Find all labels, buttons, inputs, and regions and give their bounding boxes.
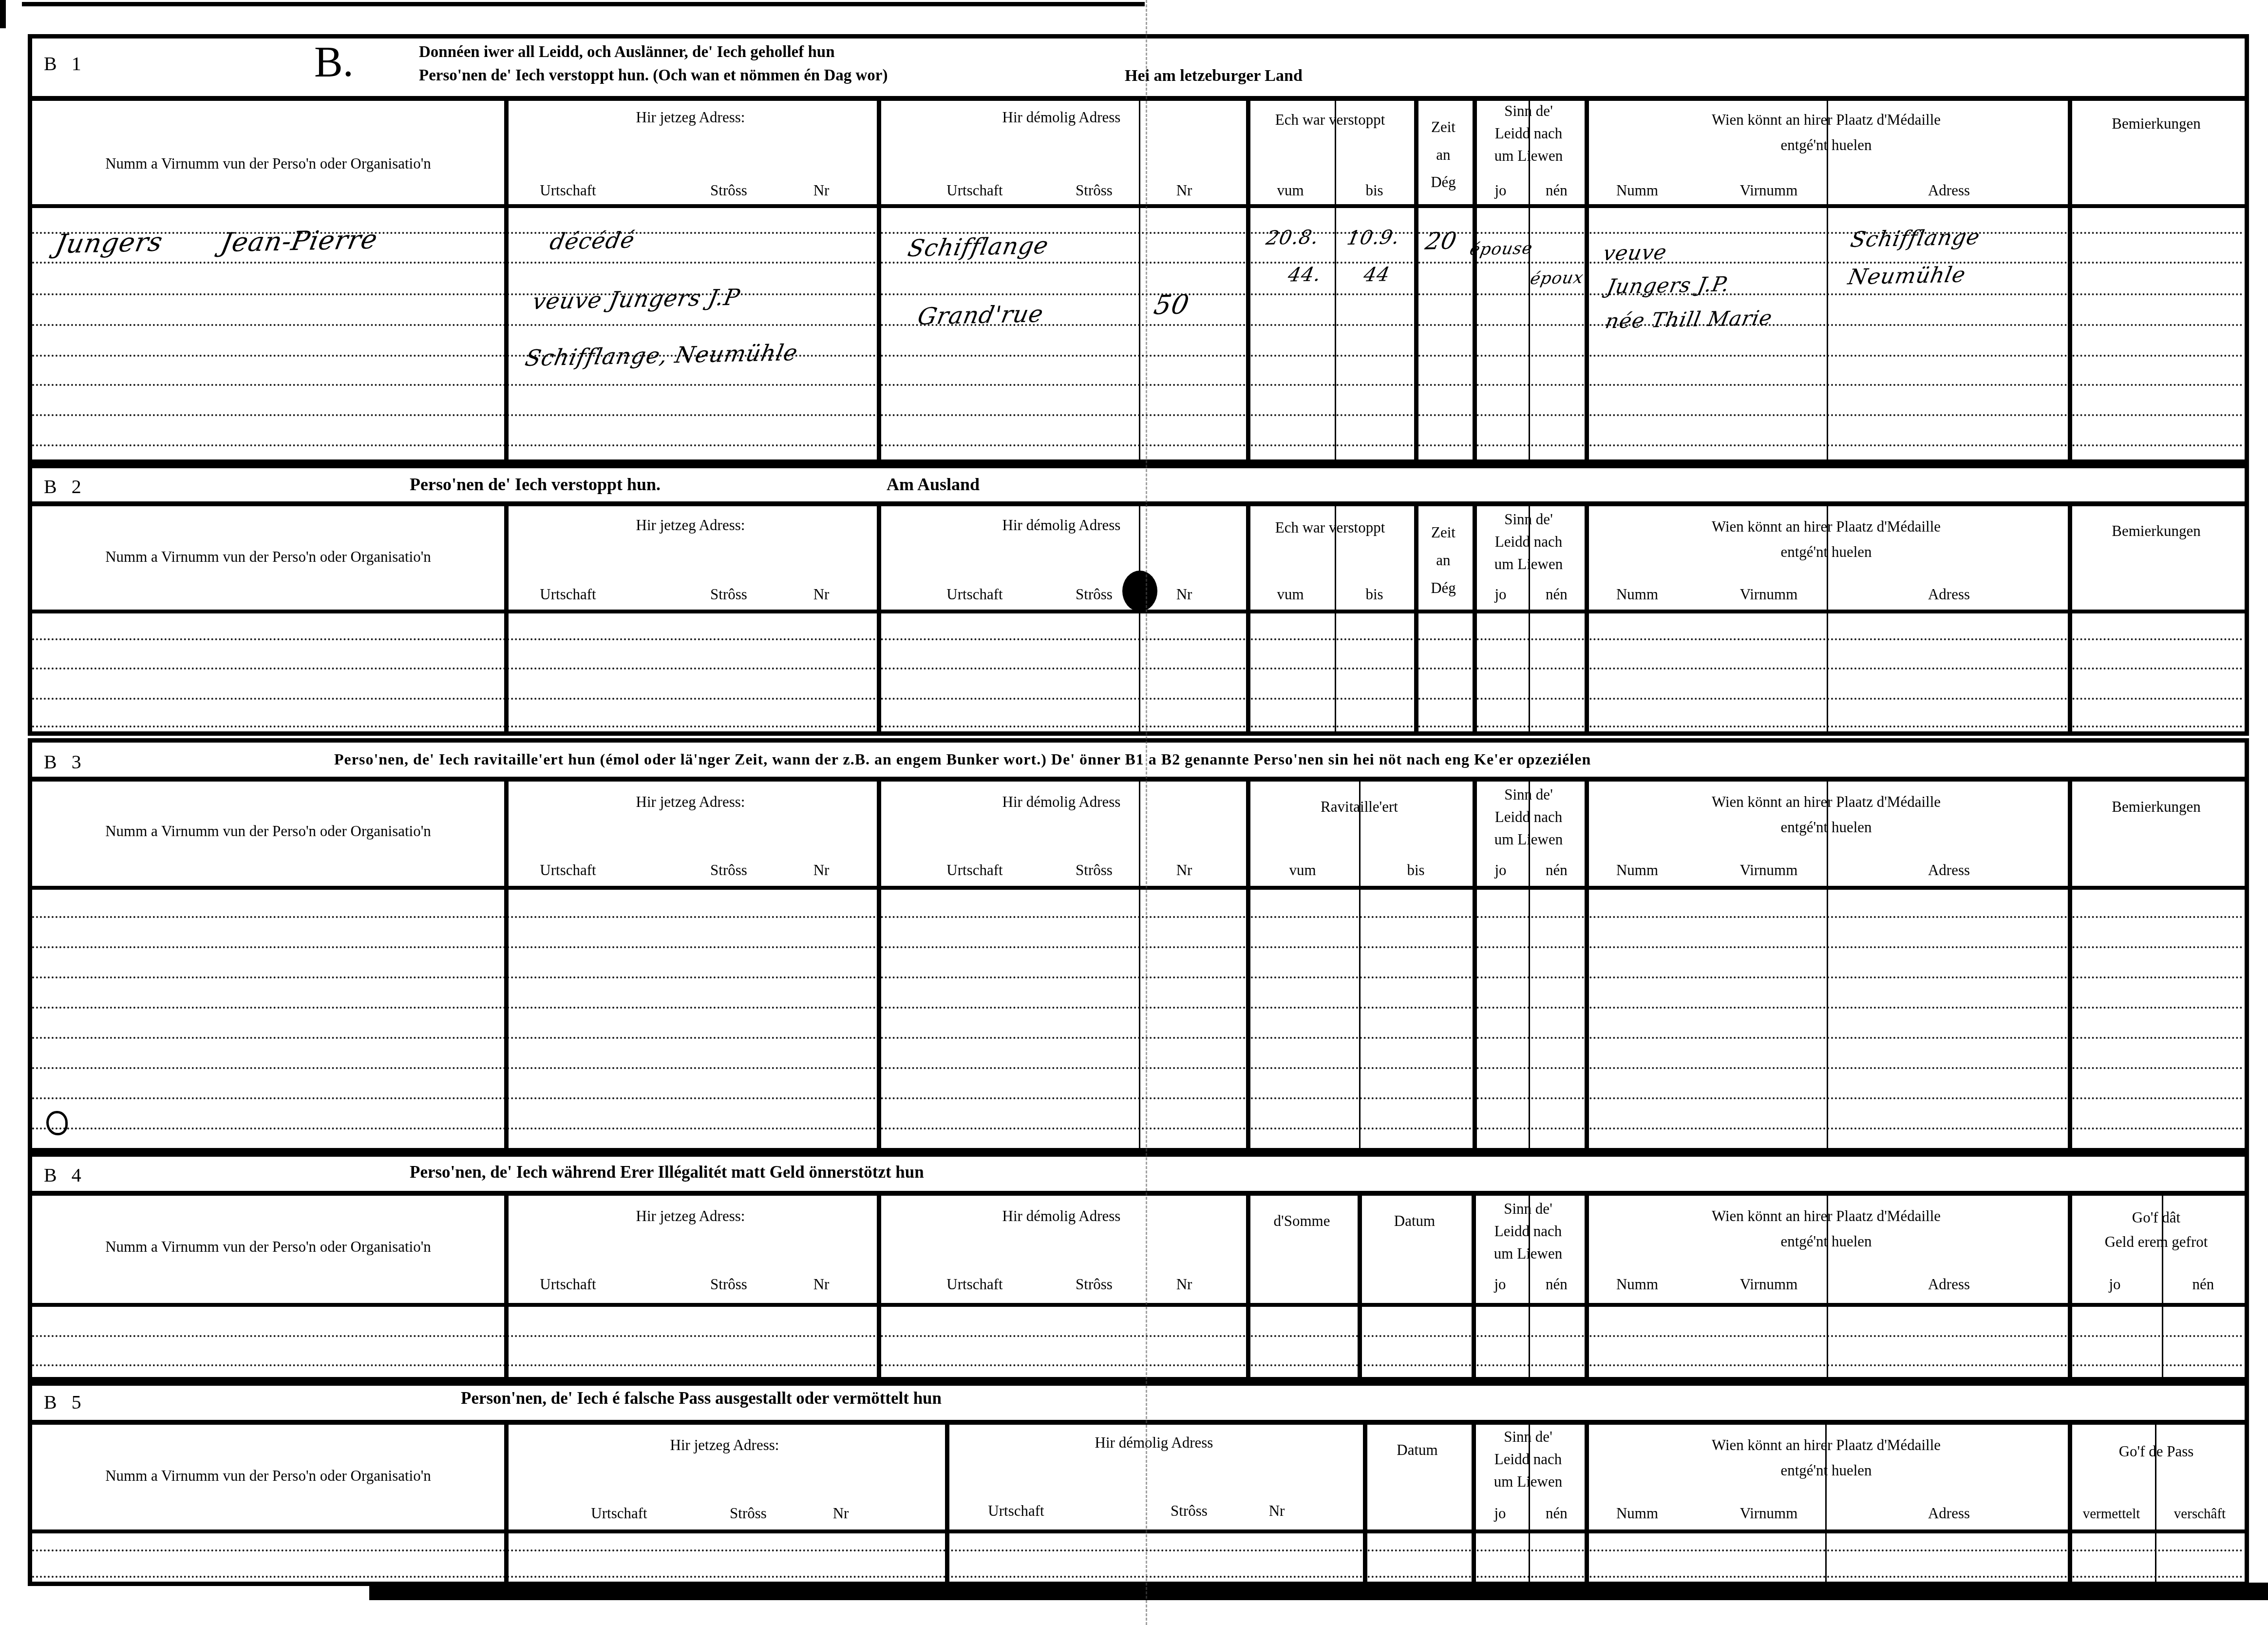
b1-zeit-1: Zeit xyxy=(1414,119,1473,136)
b5-vline-thin xyxy=(1529,1425,1530,1582)
b5-col-gof-pass: Go'f de Pass xyxy=(2068,1443,2245,1460)
b3-header-separator xyxy=(32,886,2245,890)
b1-jetzeg-stross: Strôss xyxy=(690,182,768,199)
b3-vline-thin xyxy=(1139,782,1140,1148)
section-b4: B 4 Perso'nen, de' Iech während Erer Ill… xyxy=(28,1152,2249,1381)
b3-title-part2: De' önner B1 a B2 genannte Perso'nen sin… xyxy=(1051,750,1591,768)
b3-dotted-line xyxy=(32,976,2245,978)
b5-wien-numm: Numm xyxy=(1596,1505,1679,1522)
b2-vline xyxy=(1246,506,1250,731)
b3-col-ravitailleert: Ravitaille'ert xyxy=(1246,799,1473,816)
hw-wien-2: Jungers J.P. xyxy=(1605,272,1732,298)
b2-wien-2: entgé'nt huelen xyxy=(1585,544,2068,561)
b3-sinn-jo: jo xyxy=(1473,862,1529,879)
scanned-form-page: B 1 B. Donnéen iwer all Leidd, och Auslä… xyxy=(0,0,2268,1625)
b2-title: Perso'nen de' Iech verstoppt hun. xyxy=(410,474,661,495)
b5-wien-adress: Adress xyxy=(1878,1505,2020,1522)
b2-col-bemierkungen: Bemierkungen xyxy=(2068,523,2245,540)
b3-title-separator xyxy=(32,777,2245,782)
b5-pass-vermettelt: vermettelt xyxy=(2068,1506,2155,1522)
b4-col-datum: Datum xyxy=(1358,1213,1472,1230)
hw-sinn-jo: épouse xyxy=(1468,239,1534,260)
b2-vline xyxy=(1585,506,1589,731)
b5-sinn-1: Sinn de' xyxy=(1472,1429,1585,1446)
b3-sinn-1: Sinn de' xyxy=(1473,786,1585,803)
b1-title-separator xyxy=(32,96,2245,101)
b2-col-verstoppt: Ech war verstoppt xyxy=(1246,519,1414,536)
b2-dotted-line xyxy=(32,668,2245,669)
b3-wien-adress: Adress xyxy=(1878,862,2020,879)
b3-demolig-urtschaft: Urtschaft xyxy=(919,862,1031,879)
b3-vline xyxy=(1246,782,1250,1148)
b2-demolig-urtschaft: Urtschaft xyxy=(919,586,1031,603)
b1-sinn-1: Sinn de' xyxy=(1473,103,1585,120)
b2-demolig-stross: Strôss xyxy=(1055,586,1133,603)
b1-zeit-3: Dég xyxy=(1414,174,1473,191)
b3-col-hir-demolig: Hir démolig Adress xyxy=(877,794,1246,811)
b2-vline-thin xyxy=(1335,506,1336,731)
b1-demolig-stross: Strôss xyxy=(1055,182,1133,199)
b2-col-hir-jetzeg: Hir jetzeg Adress: xyxy=(504,517,877,534)
b1-dotted-line xyxy=(32,355,2245,357)
hw-sinn-nen: époux xyxy=(1529,268,1586,288)
b1-header-separator xyxy=(32,204,2245,208)
b3-ravit-bis: bis xyxy=(1359,862,1473,879)
b3-title: Perso'nen, de' Iech ravitaille'ert hun (… xyxy=(334,750,1591,768)
b5-jetzeg-urtschaft: Urtschaft xyxy=(568,1505,670,1522)
b3-wien-2: entgé'nt huelen xyxy=(1585,819,2068,836)
b3-col-numm-virnumm: Numm a Virnumm vun der Perso'n oder Orga… xyxy=(32,823,504,840)
b1-vline-thin xyxy=(1335,101,1336,459)
b1-section-id: B 1 xyxy=(44,52,86,75)
b2-wien-1: Wien könnt an hirer Plaatz d'Médaille xyxy=(1585,518,2068,535)
b3-dotted-line xyxy=(32,1097,2245,1099)
b1-zeit-2: an xyxy=(1414,147,1473,164)
b2-sinn-2: Leidd nach xyxy=(1473,534,1585,551)
b2-zeit-1: Zeit xyxy=(1414,524,1473,541)
b1-wien-1: Wien könnt an hirer Plaatz d'Médaille xyxy=(1585,112,2068,129)
b2-col-hir-demolig: Hir démolig Adress xyxy=(877,517,1246,534)
b2-dotted-line xyxy=(32,638,2245,640)
b1-sinn-3: um Liewen xyxy=(1473,148,1585,165)
b5-jetzeg-nr: Nr xyxy=(816,1505,865,1522)
b3-demolig-stross: Strôss xyxy=(1055,862,1133,879)
section-b1: B 1 B. Donnéen iwer all Leidd, och Auslä… xyxy=(28,34,2249,464)
b1-verstoppt-bis: bis xyxy=(1335,182,1414,199)
b3-sinn-2: Leidd nach xyxy=(1473,809,1585,826)
b1-wien-adress: Adress xyxy=(1878,182,2020,199)
hw-jetzeg-2: veuve Jungers J.P xyxy=(530,284,742,315)
ink-blot xyxy=(1122,571,1157,612)
b5-demolig-urtschaft: Urtschaft xyxy=(967,1503,1065,1520)
hw-demolig-ort: Schifflange xyxy=(906,232,1051,262)
b3-sinn-nen: nén xyxy=(1529,862,1585,879)
b4-title: Perso'nen, de' Iech während Erer Illégal… xyxy=(410,1163,924,1182)
hw-demolig-nr: 50 xyxy=(1152,289,1192,320)
b3-section-id: B 3 xyxy=(44,750,86,773)
b4-jetzeg-urtschaft: Urtschaft xyxy=(512,1276,624,1293)
b3-title-part1: Perso'nen, de' Iech ravitaille'ert hun (… xyxy=(334,750,1047,768)
b4-sinn-2: Leidd nach xyxy=(1472,1223,1585,1240)
b1-vline-thin xyxy=(1139,101,1140,459)
b4-gof-1: Go'f dât xyxy=(2068,1209,2245,1226)
b1-vline-thin xyxy=(1827,101,1828,459)
b1-jetzeg-nr: Nr xyxy=(797,182,846,199)
b4-wien-numm: Numm xyxy=(1596,1276,1679,1293)
b4-gof-nen: nén xyxy=(2162,1276,2245,1293)
b5-sinn-jo: jo xyxy=(1472,1505,1529,1522)
b4-section-id: B 4 xyxy=(44,1164,86,1186)
b4-jetzeg-nr: Nr xyxy=(797,1276,846,1293)
b5-demolig-stross: Strôss xyxy=(1148,1503,1230,1520)
b4-col-hir-demolig: Hir démolig Adress xyxy=(877,1208,1246,1225)
b1-vline xyxy=(2068,101,2072,459)
b1-vline xyxy=(877,101,881,459)
b4-wien-1: Wien könnt an hirer Plaatz d'Médaille xyxy=(1585,1208,2068,1225)
b3-demolig-nr: Nr xyxy=(1157,862,1211,879)
b1-col-hir-demolig: Hir démolig Adress xyxy=(877,109,1246,126)
b2-title-separator xyxy=(32,501,2245,506)
b4-col-hir-jetzeg: Hir jetzeg Adress: xyxy=(504,1208,877,1225)
b1-col-hir-jetzeg: Hir jetzeg Adress: xyxy=(504,109,877,126)
b2-zeit-2: an xyxy=(1414,552,1473,569)
b2-verstoppt-bis: bis xyxy=(1335,586,1414,603)
hw-firstname: Jean-Pierre xyxy=(218,224,380,258)
b5-wien-1: Wien könnt an hirer Plaatz d'Médaille xyxy=(1585,1437,2068,1454)
b4-wien-virnumm: Virnumm xyxy=(1713,1276,1825,1293)
hw-vum-day: 20.8. xyxy=(1264,226,1321,249)
b4-demolig-stross: Strôss xyxy=(1055,1276,1133,1293)
b5-demolig-nr: Nr xyxy=(1250,1503,1304,1520)
b4-sinn-3: um Liewen xyxy=(1472,1245,1585,1262)
hw-bis-yr: 44 xyxy=(1361,263,1392,286)
b1-col-verstoppt: Ech war verstoppt xyxy=(1246,112,1414,129)
b5-col-hir-jetzeg: Hir jetzeg Adress: xyxy=(504,1437,945,1454)
b1-col-numm-virnumm: Numm a Virnumm vun der Perso'n oder Orga… xyxy=(32,155,504,172)
b2-col-numm-virnumm: Numm a Virnumm vun der Perso'n oder Orga… xyxy=(32,549,504,566)
b4-col-numm-virnumm: Numm a Virnumm vun der Perso'n oder Orga… xyxy=(32,1239,504,1256)
b2-sinn-nen: nén xyxy=(1529,586,1585,603)
b2-vline-thin xyxy=(1827,506,1828,731)
b1-vline xyxy=(1246,101,1250,459)
b1-title-right: Hei am letzeburger Land xyxy=(1125,67,1303,85)
b1-vline xyxy=(504,101,509,459)
b1-demolig-nr: Nr xyxy=(1157,182,1211,199)
b2-wien-adress: Adress xyxy=(1878,586,2020,603)
b3-dotted-line xyxy=(32,1037,2245,1039)
b5-col-hir-demolig: Hir démolig Adress xyxy=(945,1434,1363,1452)
hw-demolig-stross: Grand'rue xyxy=(915,300,1046,330)
b2-wien-virnumm: Virnumm xyxy=(1713,586,1825,603)
b2-jetzeg-nr: Nr xyxy=(797,586,846,603)
b3-vline xyxy=(1585,782,1589,1148)
b1-letter: B. xyxy=(314,38,354,87)
hw-jetzeg-1: décédé xyxy=(548,227,637,255)
b5-jetzeg-stross: Strôss xyxy=(709,1505,787,1522)
scan-edge-bottom-bar xyxy=(369,1583,2268,1600)
b1-wien-2: entgé'nt huelen xyxy=(1585,137,2068,154)
b2-jetzeg-urtschaft: Urtschaft xyxy=(512,586,624,603)
hw-jetzeg-3: Schifflange, Neumühle xyxy=(523,339,800,371)
hw-wien-adr-2: Neumühle xyxy=(1846,262,1968,289)
b2-section-id: B 2 xyxy=(44,475,86,498)
b4-wien-2: entgé'nt huelen xyxy=(1585,1233,2068,1250)
b3-dotted-line xyxy=(32,946,2245,948)
ink-mark xyxy=(46,1111,68,1135)
b5-pass-verschaft: verschâft xyxy=(2155,1506,2245,1522)
b2-vline xyxy=(2068,506,2072,731)
b1-title-line2: Perso'nen de' Iech verstoppt hun. (Och w… xyxy=(419,67,888,85)
b3-col-hir-jetzeg: Hir jetzeg Adress: xyxy=(504,794,877,811)
b1-verstoppt-vum: vum xyxy=(1246,182,1335,199)
b2-zeit-3: Dég xyxy=(1414,580,1473,597)
b1-sinn-nen: nén xyxy=(1529,182,1585,199)
b4-gof-2: Geld erem gefrot xyxy=(2068,1234,2245,1251)
b3-vline xyxy=(504,782,509,1148)
b1-demolig-urtschaft: Urtschaft xyxy=(919,182,1031,199)
b2-vline xyxy=(504,506,509,731)
b5-dotted-line xyxy=(32,1576,2245,1578)
b2-jetzeg-stross: Strôss xyxy=(690,586,768,603)
b2-verstoppt-vum: vum xyxy=(1246,586,1335,603)
b3-wien-virnumm: Virnumm xyxy=(1713,862,1825,879)
b2-dotted-line xyxy=(32,726,2245,727)
b5-sinn-2: Leidd nach xyxy=(1472,1451,1585,1468)
b4-demolig-urtschaft: Urtschaft xyxy=(919,1276,1031,1293)
b3-vline xyxy=(877,782,881,1148)
b2-sinn-jo: jo xyxy=(1473,586,1529,603)
b1-dotted-line xyxy=(32,324,2245,326)
b4-wien-adress: Adress xyxy=(1878,1276,2020,1293)
b3-jetzeg-stross: Strôss xyxy=(690,862,768,879)
hw-deg: 20 xyxy=(1423,227,1459,255)
b4-col-dsomme: d'Somme xyxy=(1246,1213,1358,1230)
b2-demolig-nr: Nr xyxy=(1157,586,1211,603)
b3-dotted-line xyxy=(32,1007,2245,1009)
b3-jetzeg-urtschaft: Urtschaft xyxy=(512,862,624,879)
b3-wien-1: Wien könnt an hirer Plaatz d'Médaille xyxy=(1585,794,2068,811)
b4-gof-jo: jo xyxy=(2068,1276,2162,1293)
b5-section-id: B 5 xyxy=(44,1391,86,1414)
b4-jetzeg-stross: Strôss xyxy=(690,1276,768,1293)
b5-dotted-line xyxy=(32,1549,2245,1551)
b2-wien-numm: Numm xyxy=(1596,586,1679,603)
b5-col-datum: Datum xyxy=(1363,1442,1472,1459)
b3-dotted-line xyxy=(32,916,2245,918)
b5-wien-2: entgé'nt huelen xyxy=(1585,1462,2068,1479)
b4-sinn-1: Sinn de' xyxy=(1472,1201,1585,1218)
b1-wien-virnumm: Virnumm xyxy=(1713,182,1825,199)
b4-header-separator xyxy=(32,1303,2245,1307)
b5-sinn-3: um Liewen xyxy=(1472,1473,1585,1491)
b5-title-separator xyxy=(32,1420,2245,1425)
b4-demolig-nr: Nr xyxy=(1157,1276,1211,1293)
b1-sinn-jo: jo xyxy=(1473,182,1529,199)
hw-wien-1: veuve xyxy=(1601,240,1669,266)
scan-edge-top-line xyxy=(22,2,1145,6)
b4-dotted-line xyxy=(32,1364,2245,1366)
b1-col-bemierkungen: Bemierkungen xyxy=(2068,115,2245,133)
scan-edge-top-left xyxy=(0,0,6,28)
b2-dotted-line xyxy=(32,698,2245,700)
b4-sinn-jo: jo xyxy=(1472,1276,1529,1293)
b3-vline-thin xyxy=(1827,782,1828,1148)
b1-dotted-line xyxy=(32,444,2245,446)
b1-title-line1: Donnéen iwer all Leidd, och Auslänner, d… xyxy=(419,43,835,61)
b2-sinn-1: Sinn de' xyxy=(1473,511,1585,528)
b2-vline xyxy=(877,506,881,731)
b1-wien-numm: Numm xyxy=(1596,182,1679,199)
hw-surname: Jungers xyxy=(53,227,166,260)
b5-vline xyxy=(1472,1425,1476,1582)
b1-dotted-line xyxy=(32,414,2245,416)
b2-sinn-3: um Liewen xyxy=(1473,556,1585,573)
b4-dotted-line xyxy=(32,1335,2245,1337)
hw-wien-3: née Thill Marie xyxy=(1604,306,1775,333)
section-b3: B 3 Perso'nen, de' Iech ravitaille'ert h… xyxy=(28,738,2249,1152)
fold-line xyxy=(1146,0,1147,1625)
b4-title-separator xyxy=(32,1191,2245,1196)
b3-jetzeg-nr: Nr xyxy=(797,862,846,879)
b3-dotted-line xyxy=(32,1067,2245,1069)
b1-dotted-line xyxy=(32,384,2245,386)
hw-bis-day: 10.9. xyxy=(1345,226,1401,249)
b3-col-bemierkungen: Bemierkungen xyxy=(2068,799,2245,816)
b3-sinn-3: um Liewen xyxy=(1473,831,1585,848)
hw-vum-yr: 44. xyxy=(1286,263,1323,286)
b1-vline xyxy=(1585,101,1589,459)
b1-sinn-2: Leidd nach xyxy=(1473,125,1585,142)
b5-title: Person'nen, de' Iech é falsche Pass ausg… xyxy=(461,1389,942,1408)
section-b2: B 2 Perso'nen de' Iech verstoppt hun. Am… xyxy=(28,464,2249,736)
b5-col-numm-virnumm: Numm a Virnumm vun der Perso'n oder Orga… xyxy=(32,1468,504,1485)
b3-dotted-line xyxy=(32,1128,2245,1129)
b3-vline xyxy=(2068,782,2072,1148)
b3-ravit-vum: vum xyxy=(1246,862,1359,879)
b4-sinn-nen: nén xyxy=(1529,1276,1585,1293)
b3-wien-numm: Numm xyxy=(1596,862,1679,879)
b1-jetzeg-urtschaft: Urtschaft xyxy=(512,182,624,199)
b1-dotted-line xyxy=(32,293,2245,295)
b2-vline-thin xyxy=(1139,506,1140,731)
b5-header-separator xyxy=(32,1529,2245,1533)
b2-title-right: Am Ausland xyxy=(887,474,980,495)
section-b5: B 5 Person'nen, de' Iech é falsche Pass … xyxy=(28,1381,2249,1586)
b3-vline-thin xyxy=(1359,782,1361,1148)
b5-sinn-nen: nén xyxy=(1529,1505,1585,1522)
hw-wien-adr-1: Schifflange xyxy=(1849,225,1983,252)
b5-wien-virnumm: Virnumm xyxy=(1713,1505,1825,1522)
